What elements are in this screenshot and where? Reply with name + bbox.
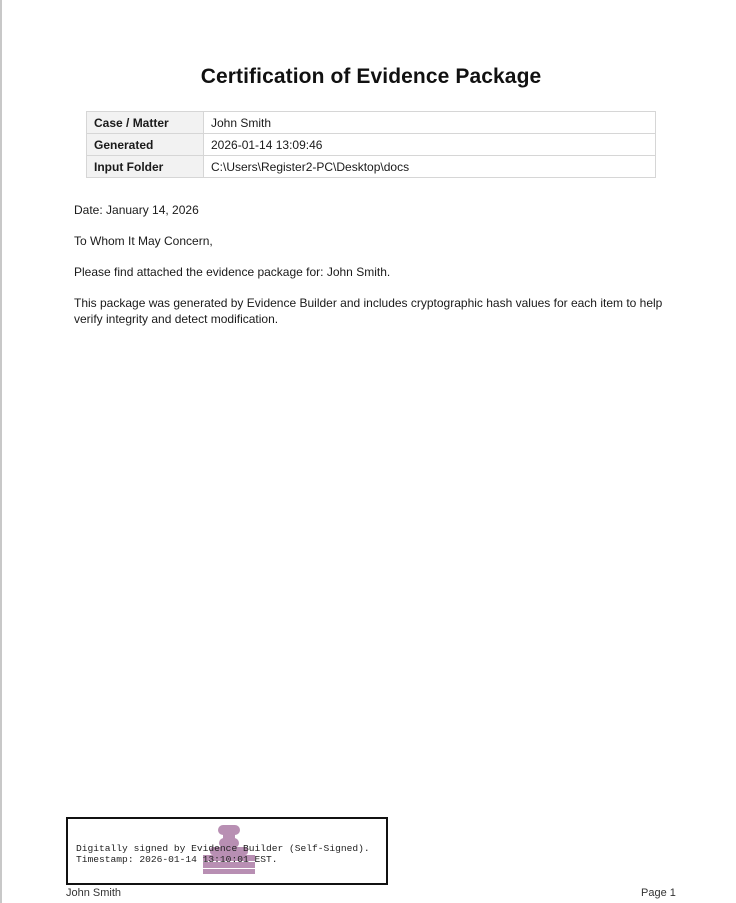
metadata-label: Input Folder (87, 156, 204, 178)
metadata-label: Case / Matter (87, 112, 204, 134)
signature-line: Digitally signed by Evidence Builder (Se… (76, 843, 370, 854)
table-row: Generated 2026-01-14 13:09:46 (87, 134, 656, 156)
table-row: Case / Matter John Smith (87, 112, 656, 134)
page-edge (0, 0, 2, 903)
document-title: Certification of Evidence Package (0, 65, 736, 89)
signature-timestamp: Timestamp: 2026-01-14 13:10:01 EST. (76, 854, 278, 865)
footer-name: John Smith (66, 887, 121, 899)
metadata-value: C:\Users\Register2-PC\Desktop\docs (204, 156, 656, 178)
signature-text: Digitally signed by Evidence Builder (Se… (76, 844, 370, 865)
metadata-value: John Smith (204, 112, 656, 134)
metadata-table: Case / Matter John Smith Generated 2026-… (86, 111, 656, 178)
metadata-value: 2026-01-14 13:09:46 (204, 134, 656, 156)
digital-signature-box: Digitally signed by Evidence Builder (Se… (66, 817, 388, 885)
metadata-label: Generated (87, 134, 204, 156)
page-number: Page 1 (641, 887, 676, 899)
paragraph-recipient: Please find attached the evidence packag… (74, 264, 684, 280)
date-line: Date: January 14, 2026 (74, 202, 684, 218)
paragraph-description: This package was generated by Evidence B… (74, 295, 684, 327)
salutation: To Whom It May Concern, (74, 233, 684, 249)
table-row: Input Folder C:\Users\Register2-PC\Deskt… (87, 156, 656, 178)
